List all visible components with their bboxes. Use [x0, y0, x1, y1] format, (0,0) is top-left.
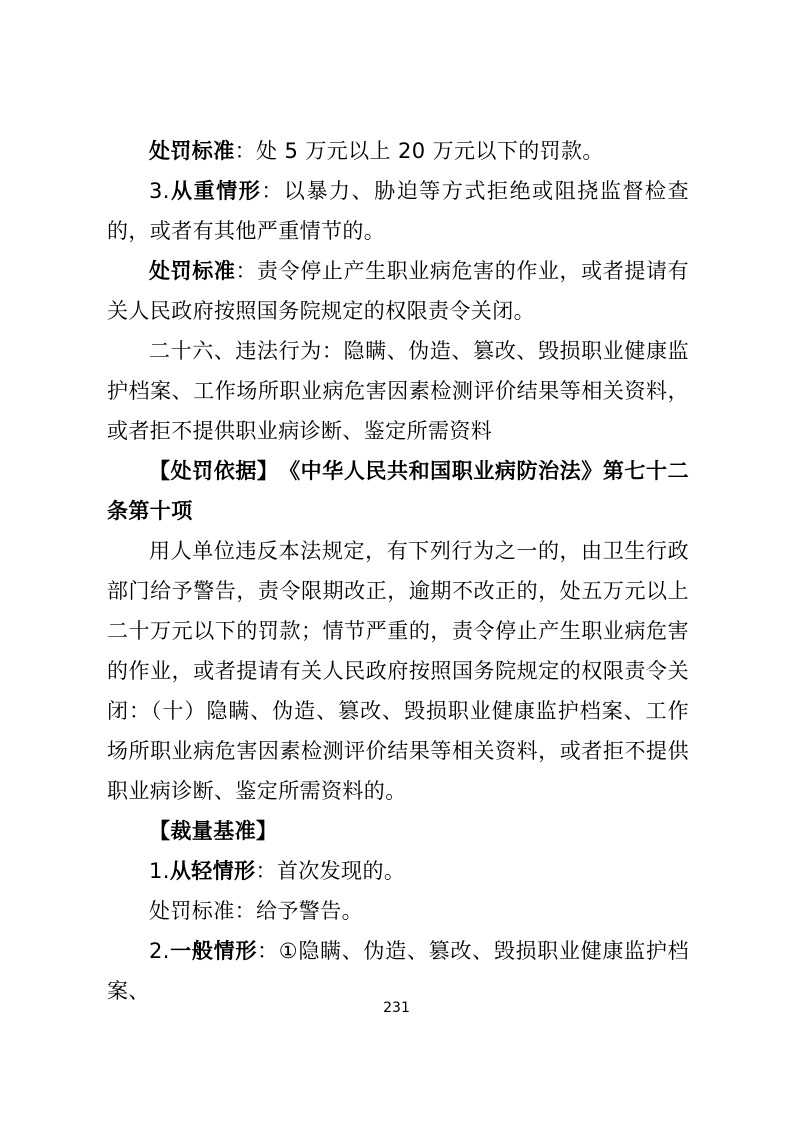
paragraph-text: ：首次发现的。 — [255, 859, 405, 883]
violation-item-26-paragraph: 二十六、违法行为：隐瞒、伪造、篡改、毁损职业健康监护档案、工作场所职业病危害因素… — [107, 331, 689, 451]
law-article-paragraph: 用人单位违反本法规定，有下列行为之一的，由卫生行政部门给予警告，责令限期改正，逾… — [107, 531, 689, 811]
paragraph-bold-lead: 处罚标准 — [149, 139, 235, 163]
aggravated-circumstance-paragraph: 3.从重情形：以暴力、胁迫等方式拒绝或阻挠监督检查的，或者有其他严重情节的。 — [107, 171, 689, 251]
penalty-standard-paragraph-1: 处罚标准：处 5 万元以上 20 万元以下的罚款。 — [107, 131, 689, 171]
paragraph-prefix: 3. — [149, 179, 170, 203]
paragraph-bold-lead: 【处罚依据】 《中华人民共和国职业病防治法》第七十二条第十项 — [107, 459, 689, 523]
page-number: 231 — [0, 998, 793, 1018]
paragraph-bold-lead: 处罚标准 — [149, 259, 235, 283]
penalty-standard-paragraph-3: 处罚标准：给予警告。 — [107, 891, 689, 931]
paragraph-prefix: 2. — [149, 939, 170, 963]
text-body: 处罚标准：处 5 万元以上 20 万元以下的罚款。 3.从重情形：以暴力、胁迫等… — [107, 131, 689, 1011]
document-page: 处罚标准：处 5 万元以上 20 万元以下的罚款。 3.从重情形：以暴力、胁迫等… — [0, 0, 793, 1122]
paragraph-bold-lead: 【裁量基准】 — [149, 819, 277, 843]
paragraph-bold-lead: 一般情形 — [170, 939, 257, 963]
penalty-standard-paragraph-2: 处罚标准：责令停止产生职业病危害的作业，或者提请有关人民政府按照国务院规定的权限… — [107, 251, 689, 331]
penalty-basis-heading: 【处罚依据】 《中华人民共和国职业病防治法》第七十二条第十项 — [107, 451, 689, 531]
paragraph-text: 二十六、违法行为：隐瞒、伪造、篡改、毁损职业健康监护档案、工作场所职业病危害因素… — [107, 339, 689, 443]
paragraph-text: ：处 5 万元以上 20 万元以下的罚款。 — [235, 139, 604, 163]
lenient-circumstance-paragraph: 1.从轻情形：首次发现的。 — [107, 851, 689, 891]
paragraph-text: 用人单位违反本法规定，有下列行为之一的，由卫生行政部门给予警告，责令限期改正，逾… — [107, 539, 689, 803]
paragraph-bold-lead: 从轻情形 — [170, 859, 256, 883]
paragraph-bold-lead: 从重情形 — [170, 179, 261, 203]
paragraph-prefix: 1. — [149, 859, 170, 883]
discretion-benchmark-heading: 【裁量基准】 — [107, 811, 689, 851]
paragraph-text: 处罚标准：给予警告。 — [149, 899, 363, 923]
